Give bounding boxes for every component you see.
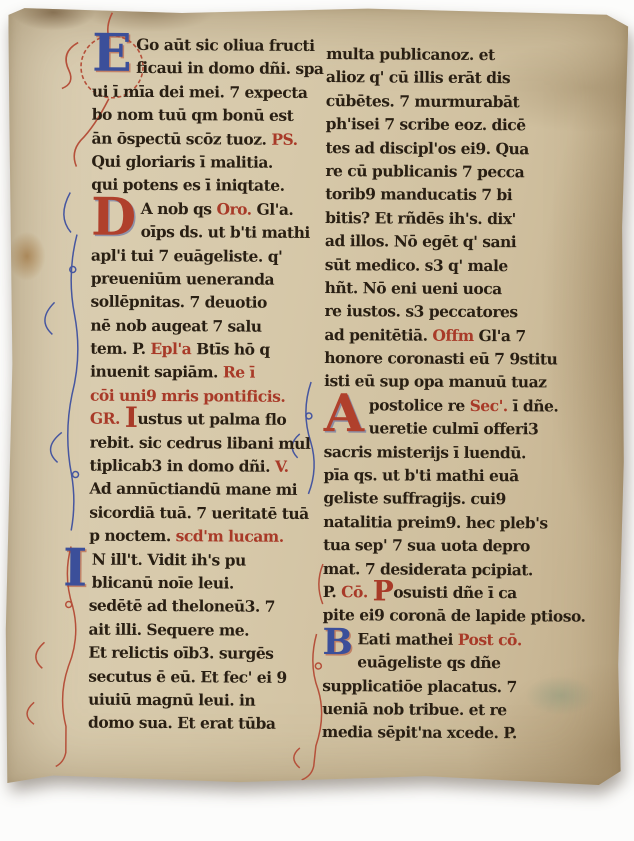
body-text: apl'i tui 7 euāgeliste. q' [91,245,283,265]
text-line: re iustos. s3 peccatores [324,299,582,324]
body-text: postolice re [369,395,470,415]
text-line: hñt. Nō eni ueni uoca [325,276,583,301]
text-line: ui ī mīa dei mei. 7 expecta [92,79,316,104]
body-text: re cū publicanis 7 pecca [325,161,524,181]
body-text: ait illi. Sequere me. [89,619,250,639]
body-text: cūbētes. 7 murmurabāt [326,91,520,111]
text-line: Ad annūctiandū mane mi [89,477,313,502]
body-text: ī dñe. [513,396,559,415]
text-line: mat. 7 desiderata pcipiat. [323,557,581,582]
rubric-text: Post cō. [458,630,522,649]
body-text: ueretie culmī offeri3 [369,419,539,439]
body-text: Btīs hō q [196,339,270,358]
text-column-left: EGo aūt sic oliua fructificaui in domo d… [88,33,316,736]
text-line: tem. P. Epl'a Btīs hō q [90,337,314,362]
rubric-text: Cō. [341,582,373,601]
text-line: inuenit sapiām. Re ī [90,360,314,385]
body-text: inuenit sapiām. [90,362,223,382]
body-text: tes ad discipl'os ei9. Qua [325,138,528,158]
manuscript-photo: EGo aūt sic oliua fructificaui in domo d… [0,0,634,841]
rubric-text: GR. [90,409,125,428]
text-line: blicanū noīe leui. [89,571,313,596]
body-text: ustus ut palma flo [137,409,286,429]
body-text: tiplicab3 in domo dñi. [90,456,275,476]
body-text: ph'isei 7 scribe eoz. dicē [326,114,526,134]
rubric-text: scd'm lucam. [176,526,284,546]
body-text: pīa qs. ut b'ti mathi euā [323,465,518,485]
text-line: natalitia preim9. hec pleb's [323,510,581,535]
body-text: tua sep' 7 sua uota depro [323,535,530,555]
body-text: P. [323,582,342,601]
body-text: secutus ē eū. Et fec' ei 9 [88,666,287,686]
body-text: alioz q' cū illis erāt dis [326,67,510,87]
body-text: domo sua. Et erat tūba [88,713,276,733]
body-text: sedētē ad theloneū3. 7 [89,596,275,616]
text-line: media sēpit'na xcede. P. [322,720,580,745]
text-line: geliste suffragijs. cui9 [323,486,581,511]
body-text: oīps ds. ut b'ti mathi [141,222,310,242]
text-line: pite ei9 coronā de lapide ptioso. [323,603,581,628]
text-line: pīa qs. ut b'ti mathi euā [323,463,581,488]
text-line: euāgeliste qs dñe [322,650,580,675]
body-text: ui ī mīa dei mei. 7 expecta [92,81,308,101]
text-line: uiuiū magnū leui. in [88,688,312,713]
text-line: ān ōspectū scōz tuoz. PS. [92,126,316,151]
text-line: re cū publicanis 7 pecca [325,159,583,184]
text-line: sacris misterijs ī luendū. [324,440,582,465]
decorated-initial-I: I [63,548,87,589]
body-text: honore coronasti eū 7 9stitu [324,348,557,368]
body-text: pite ei9 coronā de lapide ptioso. [323,605,586,626]
text-line: ueniā nob tribue. et re [322,697,580,722]
body-text: euāgeliste qs dñe [357,652,500,672]
text-line: cōi uni9 mris pontificis. [90,383,314,408]
body-text: multa publicanoz. et [326,44,495,64]
rubric-text: cōi uni9 mris pontificis. [90,385,285,405]
text-line: sedētē ad theloneū3. 7 [89,594,313,619]
decorated-initial-D: D [91,197,136,238]
body-text: Gl'a. [256,199,293,218]
body-text: ān ōspectū scōz tuoz. [92,128,272,148]
body-text: p noctem. [89,526,176,546]
text-line: Apostolice re Sec'. ī dñe. [324,393,582,418]
text-line: Et relictis oīb3. surgēs [88,641,312,666]
body-text: Go aūt sic oliua fructi [136,35,314,55]
text-line: nē nob augeat 7 salu [90,313,314,338]
body-text: hñt. Nō eni ueni uoca [325,278,502,298]
text-line: supplicatiōe placatus. 7 [322,674,580,699]
rubric-text: PS. [271,129,297,148]
body-text: rebit. sic cedrus libani mul [90,432,311,452]
body-text: ficaui in domo dñi. spa [136,58,323,78]
decorated-initial-E: E [92,34,131,75]
text-line: ad penitētiā. Offm Gl'a 7 [324,323,582,348]
text-line: tes ad discipl'os ei9. Qua [325,136,583,161]
text-line: ait illi. Sequere me. [89,617,313,642]
body-text: supplicatiōe placatus. 7 [322,676,517,696]
text-line: EGo aūt sic oliua fructi [92,33,316,58]
text-line: preueniūm ueneranda [91,267,315,292]
body-text: A nob qs [141,199,217,218]
body-text: Et relictis oīb3. surgēs [88,643,273,663]
parchment-leaf: EGo aūt sic oliua fructificaui in domo d… [4,4,629,790]
rubric-text: Oro. [216,199,256,218]
rubric-text: P [373,574,394,607]
text-line: p noctem. scd'm lucam. [89,524,313,549]
body-text: sollēpnitas. 7 deuotio [91,292,267,312]
body-text: re iustos. s3 peccatores [324,301,517,321]
text-line: tua sep' 7 sua uota depro [323,533,581,558]
body-text: qui potens es ī iniqtate. [91,175,284,195]
body-text: media sēpit'na xcede. P. [322,722,517,742]
text-line: BEati mathei Post cō. [322,627,580,652]
body-text: bo nom tuū qm bonū est [92,105,294,125]
text-column-right: multa publicanoz. etalioz q' cū illis er… [322,42,584,745]
body-text: isti eū sup opa manuū tuaz [324,372,546,392]
text-line: P. Cō. Posuisti dñe ī ca [323,580,581,605]
body-text: nē nob augeat 7 salu [90,315,261,335]
text-line: sollēpnitas. 7 deuotio [91,290,315,315]
text-line: ph'isei 7 scribe eoz. dicē [326,112,584,137]
body-text: torib9 manducatis 7 bi [325,184,512,204]
text-line: isti eū sup opa manuū tuaz [324,370,582,395]
text-line: IN ill't. Vidit ih's pu [89,547,313,572]
body-text: sicordiā tuā. 7 ueritatē tuā [89,502,309,522]
text-line: DA nob qs Oro. Gl'a. [91,196,315,221]
rubric-text: Re ī [223,363,255,382]
body-text: blicanū noīe leui. [92,573,234,593]
decorated-initial-B: B [322,628,352,656]
text-line: alioz q' cū illis erāt dis [326,65,584,90]
body-text: ad illos. Nō egēt q' sani [325,231,516,251]
text-line: secutus ē eū. Et fec' ei 9 [88,664,312,689]
body-text: ueniā nob tribue. et re [322,699,507,719]
body-text: tem. P. [90,339,150,358]
body-text: Gl'a 7 [479,326,526,345]
text-line: Qui gloriaris ī malitia. [91,150,315,175]
text-line: sūt medico. s3 q' male [325,253,583,278]
text-line: sicordiā tuā. 7 ueritatē tuā [89,500,313,525]
body-text: mat. 7 desiderata pcipiat. [323,559,533,579]
text-line: ad illos. Nō egēt q' sani [325,229,583,254]
body-text: sūt medico. s3 q' male [325,255,508,275]
body-text: Eati mathei [357,629,457,649]
rubric-text: Sec'. [470,396,513,415]
text-line: domo sua. Et erat tūba [88,711,312,736]
body-text: osuisti dñe ī ca [393,582,517,602]
body-text: Qui gloriaris ī malitia. [91,152,273,172]
text-line: GR. Iustus ut palma flo [90,407,314,432]
penwork-initial-D [44,192,81,530]
body-text: N ill't. Vidit ih's pu [92,549,246,569]
text-line: cūbētes. 7 murmurabāt [326,89,584,114]
rubric-text: Offm [432,325,478,344]
text-line: tiplicab3 in domo dñi. V. [90,454,314,479]
text-line: qui potens es ī iniqtate. [91,173,315,198]
parchment-leaf-wrapper: EGo aūt sic oliua fructificaui in domo d… [6,6,626,788]
body-text: uiuiū magnū leui. in [88,690,255,710]
body-text: ad penitētiā. [324,325,432,345]
text-line: torib9 manducatis 7 bi [325,182,583,207]
rubric-text: V. [275,457,289,476]
rubric-text: I [125,401,138,434]
body-text: Ad annūctiandū mane mi [89,479,297,499]
text-line: bitis? Et rñdēs ih's. dix' [325,206,583,231]
body-text: geliste suffragijs. cui9 [323,488,506,508]
body-text: preueniūm ueneranda [91,269,274,289]
text-line: apl'i tui 7 euāgeliste. q' [91,243,315,268]
body-text: bitis? Et rñdēs ih's. dix' [325,208,516,228]
text-line: bo nom tuū qm bonū est [92,103,316,128]
text-line: honore coronasti eū 7 9stitu [324,346,582,371]
body-text: sacris misterijs ī luendū. [324,442,526,462]
rubric-text: Epl'a [150,339,196,358]
text-line: rebit. sic cedrus libani mul [90,430,314,455]
text-line: multa publicanoz. et [326,42,584,67]
body-text: natalitia preim9. hec pleb's [323,512,547,532]
decorated-initial-A: A [324,394,364,435]
